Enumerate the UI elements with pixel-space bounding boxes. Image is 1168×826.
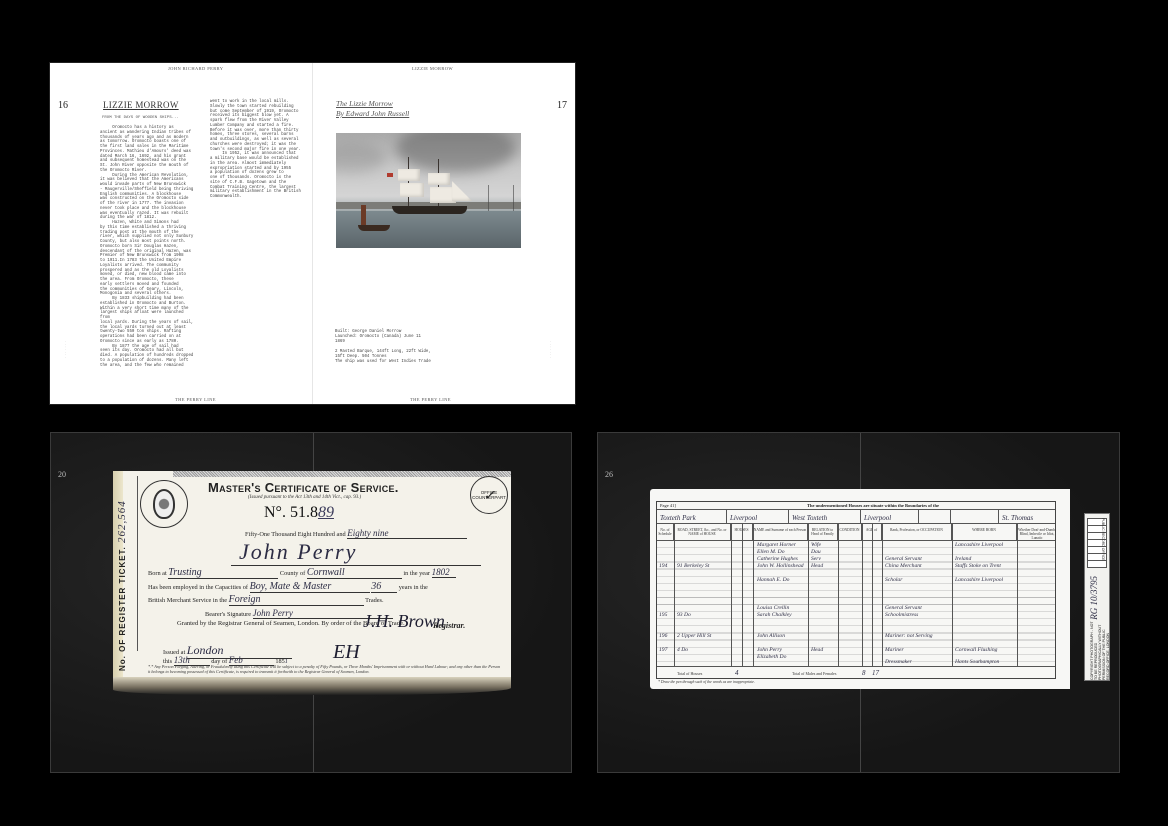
article-subtitle: FROM THE DAYS OF WOODEN SHIPS...	[102, 116, 179, 120]
painting-caption-artist: By Edward John Russell	[336, 109, 409, 119]
royal-crest-icon	[140, 480, 188, 528]
running-head-right: Lizzie Morrow	[412, 66, 453, 71]
register-ticket-label: No. OF REGISTER TICKET. 262,564	[116, 500, 128, 671]
certificate-title: Master's Certificate of Service.	[208, 480, 399, 495]
certificate-number: N°. 51.889	[264, 504, 334, 522]
census-table: Page 41] The undermentioned Houses are s…	[656, 501, 1056, 679]
service-line: British Merchant Service in the Foreign …	[148, 594, 384, 606]
running-head-left: John Richard Perry	[168, 66, 223, 71]
copyright-notice: COPYRIGHT PHOTOGRAPH - NOT TO BE REPRODU…	[1090, 618, 1110, 680]
margin-note-right: · · · · · · ·	[549, 308, 553, 358]
masters-certificate-of-service: OFFICE COUNTERPART ✓ Master's Certificat…	[113, 471, 511, 681]
registrar-label: Registrar.	[433, 621, 465, 630]
book-spread-pages-16-17: John Richard Perry 16 · · · · · · · LIZZ…	[50, 63, 575, 404]
running-foot-left: The Perry Line	[175, 397, 216, 402]
census-entry-name: Margaret Horner	[757, 542, 796, 548]
article-column-1: Oromocto has a history as ancient as wan…	[100, 126, 195, 368]
number-in-words: Fifty-One Thousand Eight Hundred and Eig…	[245, 528, 467, 539]
certificate-subtitle: (Issued pursuant to the Act 13th and 14t…	[248, 495, 361, 500]
record-reference: RG 10/3795	[1089, 576, 1099, 620]
birth-line: Born at Trusting County of Cornwall in t…	[148, 567, 456, 579]
ship-details: Built: George Daniel Morrow Launched: Or…	[335, 330, 485, 365]
running-foot-right: The Perry Line	[410, 397, 451, 402]
issuer-initials: EH	[333, 641, 360, 664]
book-spread-page-20: 20 OFFICE COUNTERPART ✓ Master's Certifi…	[50, 432, 572, 773]
article-column-2: went to work in the local mills. Slowly …	[210, 100, 310, 200]
census-totals: Total of Houses 4 Total of Males and Fem…	[657, 666, 1055, 680]
census-districts: Toxteth Park Liverpool West Toxteth Live…	[657, 510, 1055, 524]
certificate-footnote: *.* Any Person Forging, Altering, or Fra…	[148, 664, 503, 674]
capacities-line: Has been employed in the Capacities of B…	[148, 581, 428, 593]
census-footnote: * Draw the pen through such of the words…	[658, 680, 755, 684]
painting-caption-title: The Lizzie Morrow	[336, 99, 409, 109]
census-record-1871: Page 41] The undermentioned Houses are s…	[650, 489, 1070, 689]
office-counterpart-stamp: OFFICE COUNTERPART ✓	[470, 476, 508, 514]
ship-painting-image	[336, 133, 521, 248]
page-gutter	[312, 63, 313, 404]
census-header: Page 41] The undermentioned Houses are s…	[657, 502, 1055, 510]
checkmark-icon: ✓	[483, 493, 495, 498]
margin-note-left: · · · · · · ·	[64, 308, 68, 358]
burnt-edge	[113, 677, 511, 695]
census-entry-john-perry: John Perry	[757, 647, 782, 653]
page-number-17: 17	[557, 100, 567, 111]
census-column-headers: No. of Schedule ROAD, STREET, &c., and N…	[657, 524, 1055, 541]
holder-name: John Perry	[231, 539, 481, 566]
certificate-border-pattern	[173, 471, 511, 477]
page-number-16: 16	[58, 100, 68, 111]
painting-caption: The Lizzie Morrow By Edward John Russell	[336, 99, 409, 119]
book-spread-page-26: 26 Page 41] The undermentioned Houses ar…	[597, 432, 1120, 773]
page-number-20: 20	[58, 470, 66, 479]
public-record-office-label: PUBLIC RECORD OFFICE RG 10/3795 COPYRIGH…	[1084, 513, 1110, 681]
page-number-26: 26	[605, 470, 613, 479]
article-title: LIZZIE MORROW	[103, 100, 179, 110]
